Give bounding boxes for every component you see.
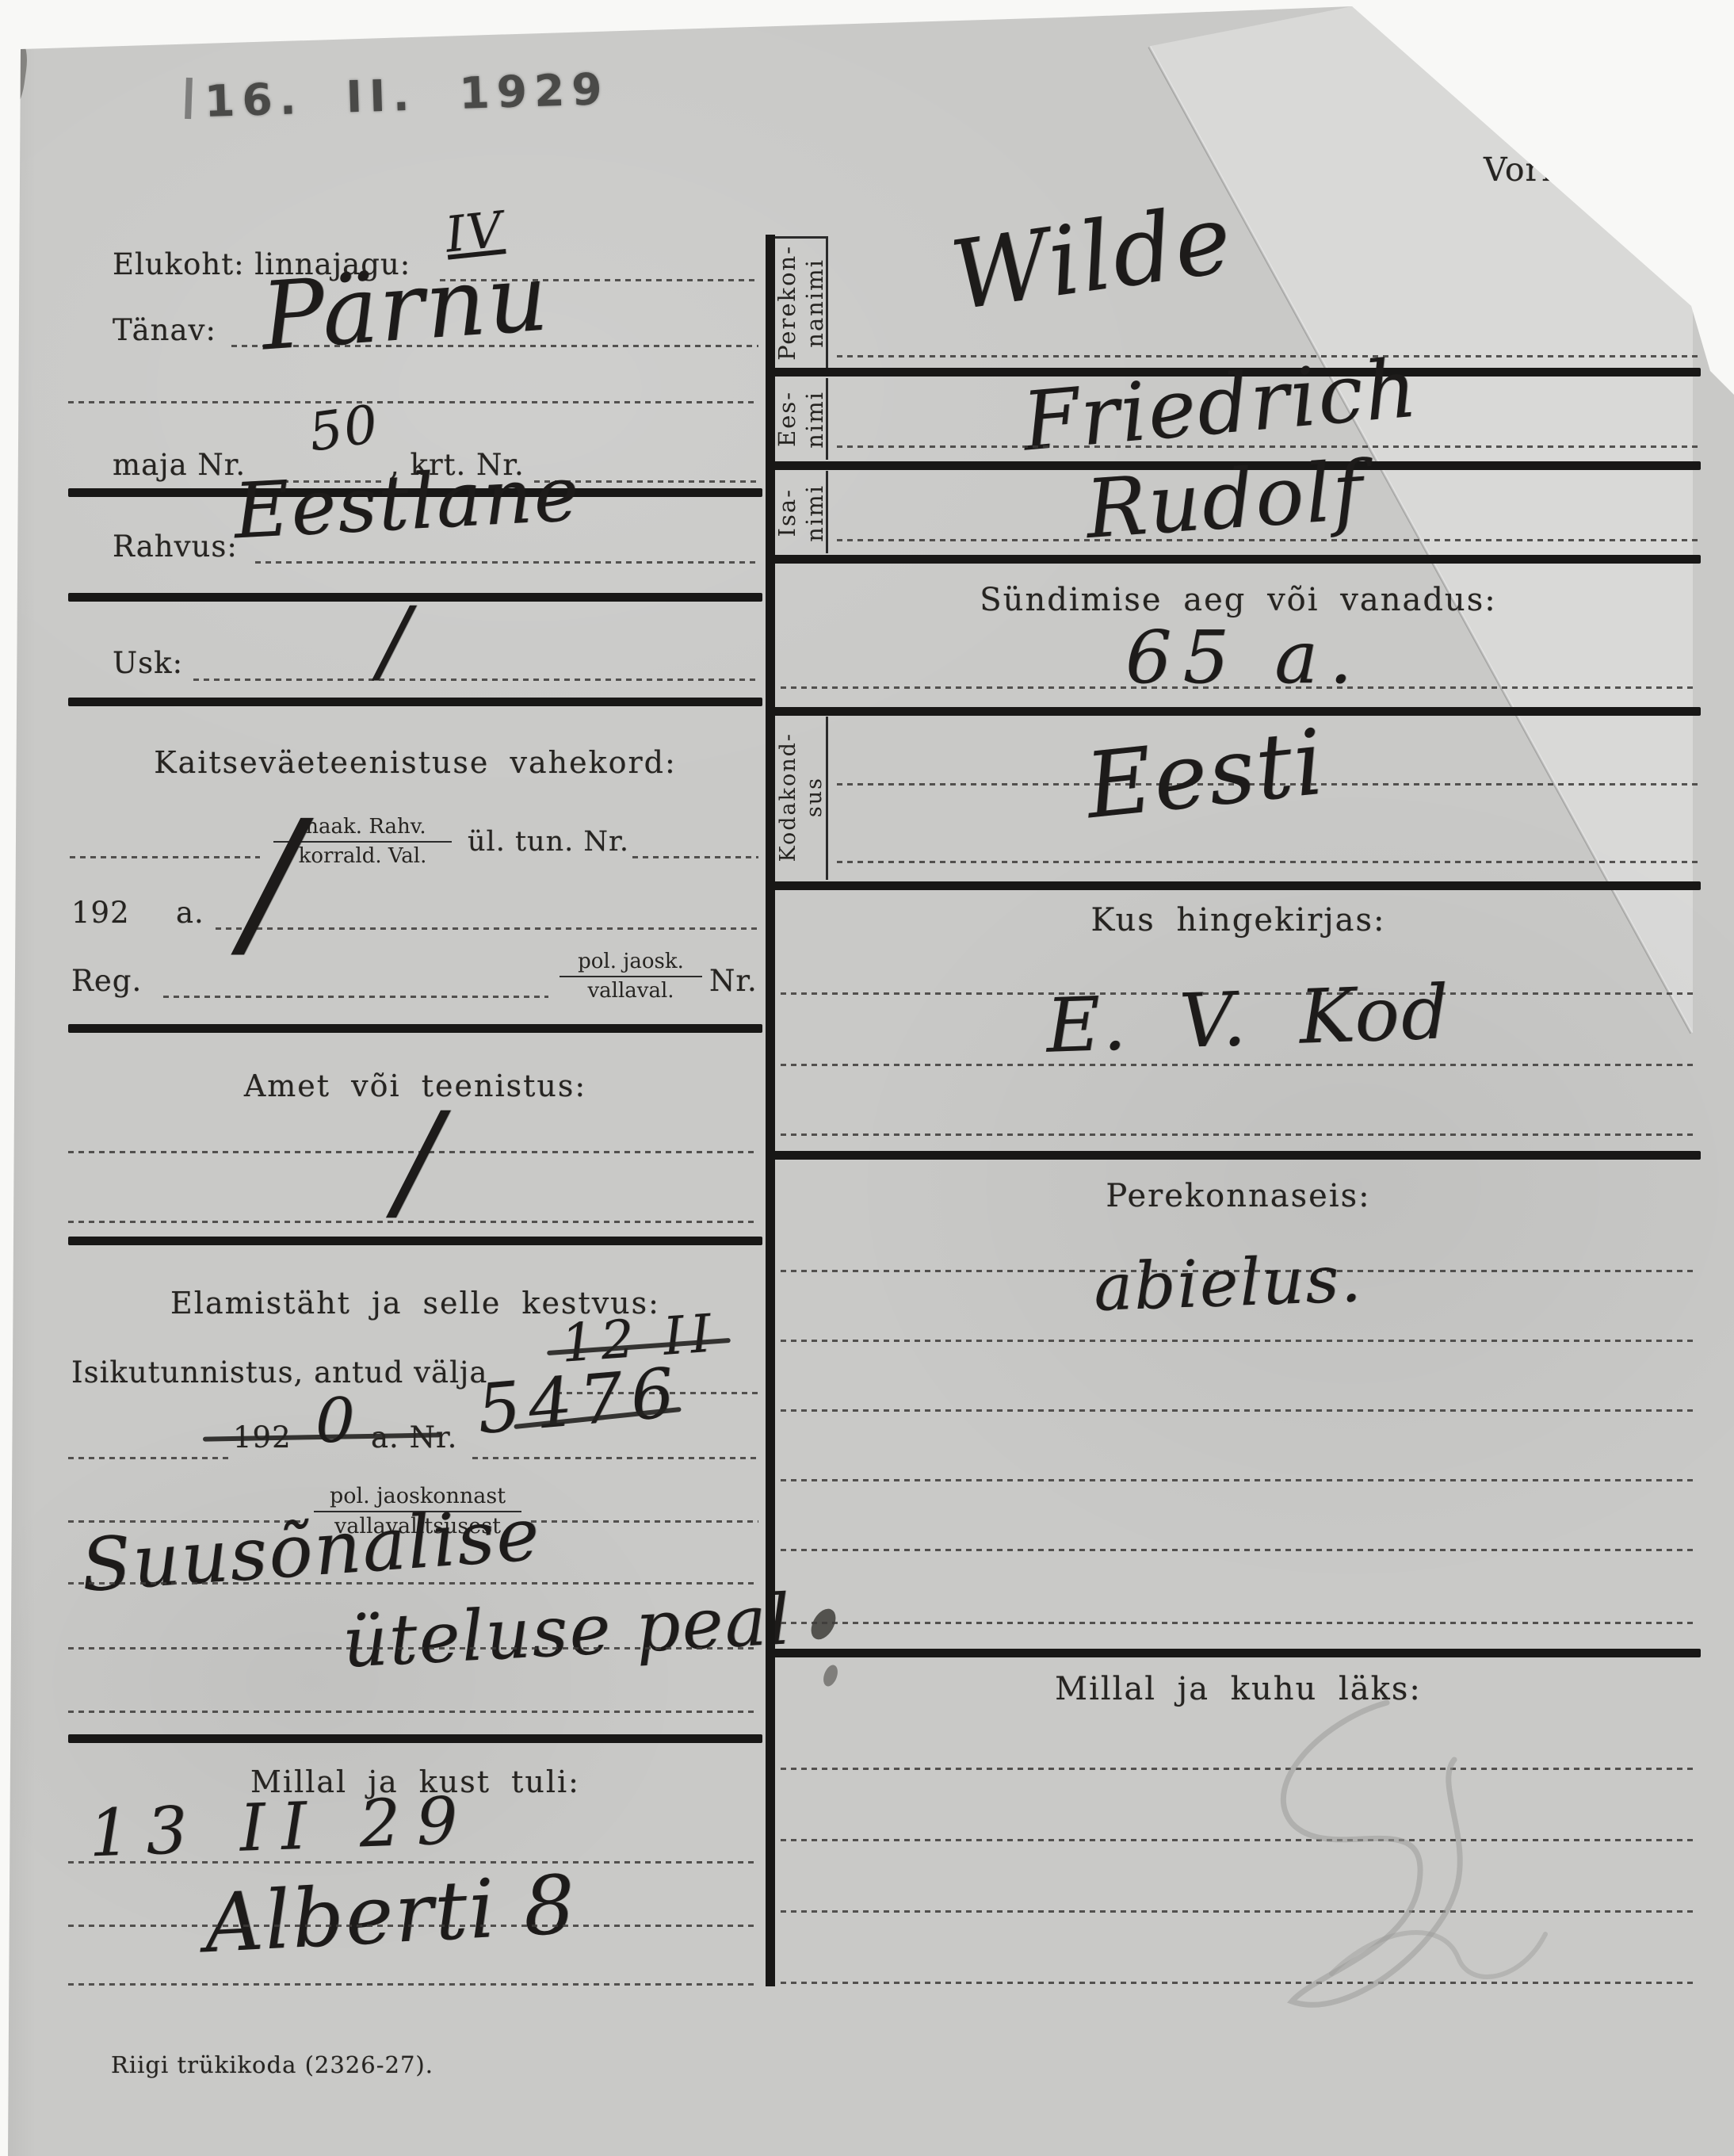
dotted-line — [781, 1409, 1698, 1412]
maja-value: 50 — [305, 393, 383, 463]
date-stamp: 16. II. 1929 — [204, 63, 609, 127]
dotted-line — [68, 1457, 228, 1459]
kaitsevae-heading: Kaitseväeteenistuse vahekord: — [68, 745, 762, 780]
label-strip-line — [826, 236, 828, 368]
hingekiri-value: E. V. Kod — [1045, 969, 1452, 1070]
fraction-bar — [560, 976, 702, 977]
ink-blot — [806, 1604, 841, 1643]
heavy-rule — [770, 707, 1701, 716]
pol-jaosk-fraction: pol. jaosk. vallaval. — [560, 950, 702, 1003]
form-number: Vorm 3 — [1484, 151, 1606, 189]
year-suffix: a. — [176, 896, 204, 930]
fraction-top: pol. jaosk. — [578, 950, 684, 974]
tanav-label: Tänav: — [113, 313, 216, 347]
amet-value-slash: / — [396, 1084, 442, 1237]
tuli-from-value: Alberti 8 — [202, 1858, 579, 1971]
isanimi-label: Isa- nimi — [778, 476, 824, 550]
dotted-line — [781, 1479, 1698, 1481]
label-line: nimi — [803, 484, 828, 542]
perekonnaseis-heading: Perekonnaseis: — [777, 1178, 1700, 1214]
ul-tun-nr-label: ül. tun. Nr. — [468, 826, 629, 858]
edge-mark — [0, 1817, 7, 1836]
perekonnanimi-label: Perekon- nanimi — [778, 243, 824, 363]
rahvus-label: Rahvus: — [113, 529, 238, 564]
heavy-rule — [770, 1151, 1701, 1160]
year-prefix: 192 — [71, 896, 130, 930]
year-value-slash: / — [244, 785, 302, 979]
scanned-registration-form: 16. II. 1929 Vorm 3 Elukoht: linnajagu: … — [0, 0, 1734, 2156]
hingekiri-heading: Kus hingekirjas: — [777, 902, 1700, 938]
fraction-bottom: korrald. Val. — [299, 844, 427, 869]
dotted-line — [68, 1647, 758, 1649]
heavy-rule — [68, 1734, 762, 1743]
isikutunnistus-label: Isikutunnistus, antud välja — [71, 1355, 487, 1390]
kodakondsus-value: Eesti — [1081, 709, 1330, 839]
dotted-line — [632, 856, 758, 858]
eesnimi-label: Ees- nimi — [778, 382, 824, 457]
perekonnaseis-value: abielus. — [1092, 1241, 1363, 1326]
heavy-rule — [68, 1237, 762, 1245]
dotted-line — [68, 401, 758, 403]
a-nr-label: a. Nr. — [371, 1420, 457, 1455]
dotted-line — [68, 1711, 758, 1713]
label-line: nimi — [803, 391, 828, 449]
label-line: nanimi — [803, 258, 828, 348]
rahvus-value: Eestlane — [231, 449, 582, 556]
edge-smudge — [0, 40, 30, 110]
dotted-line — [781, 1064, 1698, 1066]
nr-label: Nr. — [709, 964, 758, 998]
maja-label: maja Nr. — [113, 448, 246, 482]
stamp-bracket-artifact — [185, 78, 193, 119]
dotted-line — [531, 1520, 758, 1523]
pencil-scribble-drawing — [1173, 1688, 1601, 2021]
printer-footer: Riigi trükikoda (2326-27). — [111, 2051, 433, 2078]
tuli-date-value: 13 II 29 — [87, 1783, 475, 1872]
dotted-line — [781, 686, 1698, 689]
dotted-line — [193, 679, 758, 681]
dotted-line — [837, 861, 1698, 863]
edge-mark — [0, 955, 7, 976]
heavy-rule — [68, 698, 762, 706]
edge-mark — [0, 1164, 6, 1179]
dotted-line — [68, 1861, 758, 1864]
heavy-rule — [770, 1649, 1701, 1657]
label-line: Ees- — [775, 391, 800, 447]
dotted-line — [781, 1622, 1698, 1624]
label-line: Isa- — [775, 488, 800, 537]
perekonnanimi-value: Wilde — [945, 184, 1239, 332]
dotted-line — [781, 1549, 1698, 1551]
heavy-rule — [68, 593, 762, 602]
dotted-line — [70, 856, 260, 858]
dotted-line — [781, 1133, 1698, 1136]
dotted-line — [68, 1582, 758, 1585]
reg-label: Reg. — [71, 964, 142, 998]
dotted-line — [163, 996, 548, 998]
tanav-value: Pärnu — [258, 243, 553, 372]
heavy-rule — [770, 555, 1701, 564]
label-line: Kodakond- — [777, 732, 800, 862]
dotted-line — [68, 1925, 758, 1927]
dotted-line — [781, 1340, 1698, 1342]
heavy-rule — [770, 881, 1701, 890]
fraction-top: maak. Rahv. — [299, 815, 426, 839]
label-strip-top-line — [775, 236, 827, 239]
sundimine-heading: Sündimise aeg või vanadus: — [777, 582, 1700, 618]
heavy-rule — [68, 1024, 762, 1033]
usk-label: Usk: — [113, 646, 183, 680]
year-handwritten: 0 — [315, 1386, 357, 1457]
fraction-bottom: vallaval. — [587, 979, 674, 1003]
dotted-line — [255, 561, 758, 564]
usk-value: / — [379, 588, 411, 694]
dotted-line — [68, 1983, 758, 1986]
label-line: Perekon- — [775, 245, 800, 361]
kodakondsus-label: Kodakond- sus — [778, 729, 824, 866]
nr-value: 5476 — [474, 1353, 686, 1450]
label-line: sus — [803, 777, 827, 817]
paper-sheet: 16. II. 1929 Vorm 3 Elukoht: linnajagu: … — [0, 0, 1734, 2156]
dotted-line — [472, 1457, 758, 1459]
label-strip-line — [826, 378, 828, 460]
note-line2: üteluse peal — [341, 1578, 794, 1684]
dotted-line — [837, 539, 1698, 541]
note-line1: Suusõnalise — [78, 1492, 544, 1608]
dotted-line — [837, 445, 1698, 448]
label-strip-line — [826, 471, 828, 553]
label-strip-line — [826, 717, 828, 880]
